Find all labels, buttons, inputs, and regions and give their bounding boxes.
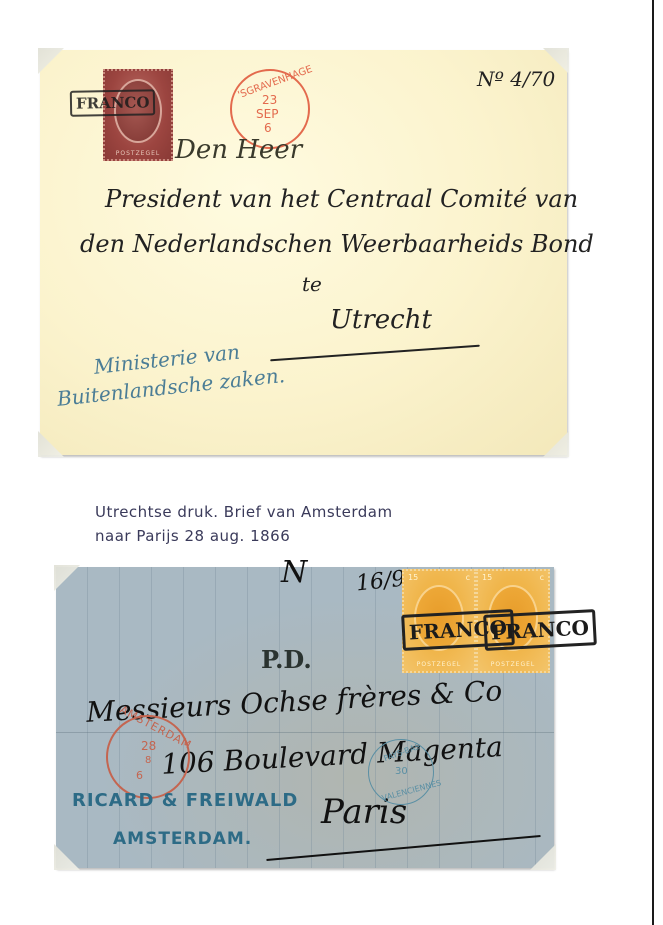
transit-top: PAYS-BAS — [383, 742, 422, 763]
address-salutation: Den Heer — [175, 135, 302, 165]
transit-bottom: VALENCIENNES — [381, 778, 442, 802]
stamp-label: POSTZEGEL — [105, 150, 171, 157]
firm-handstamp-city: AMSTERDAM. — [113, 829, 252, 849]
reference-number: Nº 4/70 — [477, 67, 555, 91]
caption-line-2: naar Parijs 28 aug. 1866 — [95, 524, 393, 548]
franco-cancel: FRANCO — [70, 89, 156, 116]
postmark-month: SEP — [256, 107, 278, 121]
docket-date: 16/9 — [355, 566, 407, 596]
photo-corner — [543, 431, 569, 457]
transit-day: 30 — [395, 766, 408, 777]
caption-line-1: Utrechtse druk. Brief van Amsterdam — [95, 500, 393, 524]
address-line-2: den Nederlandschen Weerbaarheids Bond — [80, 230, 594, 258]
photo-corner — [530, 844, 556, 870]
photo-corner — [54, 844, 80, 870]
stamp-label: POSTZEGEL — [478, 661, 548, 668]
photo-corner — [38, 48, 64, 74]
stamp-label: POSTZEGEL — [404, 661, 474, 668]
postmark-transit: PAYS-BAS 30 VALENCIENNES — [368, 739, 434, 805]
postmark-day: 23 — [262, 93, 277, 107]
postmark-amsterdam: AMSTERDAM 28 8 6 — [106, 715, 190, 799]
postmark-day: 28 — [141, 739, 156, 753]
stamp-value-c: c — [466, 573, 470, 582]
docket-mark: N — [281, 555, 307, 590]
cover-envelope-1: POSTZEGEL FRANCO 'SGRAVENHAGE 23 SEP 6 N… — [40, 50, 567, 455]
postmark-month: 8 — [145, 755, 151, 766]
album-caption: Utrechtse druk. Brief van Amsterdam naar… — [95, 500, 393, 548]
franco-cancel: FRANCO — [483, 609, 597, 651]
ministry-handstamp: Ministerie van Buitenlandsche zaken. — [53, 333, 287, 413]
cover-letter-2: N 16/9 15 c POSTZEGEL 15 c POSTZEGEL FRA… — [56, 567, 554, 868]
address-line-1: President van het Centraal Comité van — [105, 185, 578, 213]
city-underline — [270, 345, 480, 362]
address-city: Utrecht — [330, 305, 432, 335]
stamp-value: 15 — [482, 573, 492, 582]
stamp-value: 15 — [408, 573, 418, 582]
photo-corner — [54, 565, 80, 591]
postmark-year: 6 — [136, 769, 143, 782]
city-underline — [266, 835, 540, 861]
firm-handstamp-name: RICARD & FREIWALD — [72, 790, 298, 811]
photo-corner — [38, 431, 64, 457]
pd-mark: P.D. — [261, 645, 312, 674]
stamp-value-c: c — [540, 573, 544, 582]
address-line-2: 106 Boulevard Magenta — [160, 730, 503, 781]
album-page-border — [652, 0, 654, 925]
address-preposition: te — [302, 272, 322, 296]
postmark-year: 6 — [264, 121, 272, 135]
